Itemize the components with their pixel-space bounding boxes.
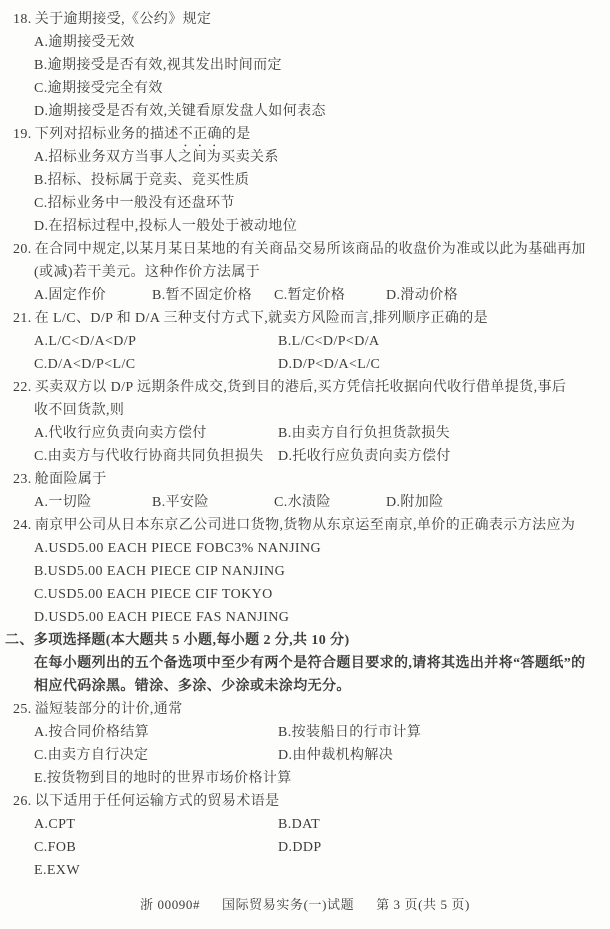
question-24-option-c: C.USD5.00 EACH PIECE CIF TOKYO <box>0 583 610 606</box>
question-18-stem: 18.关于逾期接受,《公约》规定 <box>0 8 610 31</box>
question-26-option-c: C.FOB <box>34 836 278 859</box>
question-23-option-c: C.水渍险 <box>274 491 386 514</box>
question-23-option-b: B.平安险 <box>152 491 274 514</box>
question-24-option-b: B.USD5.00 EACH PIECE CIP NANJING <box>0 560 610 583</box>
question-21-options-row1: A.L/C<D/A<D/P B.L/C<D/P<D/A <box>0 330 610 353</box>
question-21-option-d: D.D/P<D/A<L/C <box>278 353 380 376</box>
question-25-text: 溢短装部分的计价,通常 <box>35 702 183 717</box>
question-26-stem: 26.以下适用于任何运输方式的贸易术语是 <box>0 790 610 813</box>
question-22-option-b: B.由卖方自行负担货款损失 <box>278 422 450 445</box>
question-21-option-a: A.L/C<D/A<D/P <box>34 330 278 353</box>
question-21-options-row2: C.D/A<D/P<L/C D.D/P<D/A<L/C <box>0 353 610 376</box>
question-26-option-d: D.DDP <box>278 836 322 859</box>
exam-title: 国际贸易实务(一)试题 <box>222 897 354 912</box>
page-number: 第 3 页(共 5 页) <box>376 897 470 912</box>
question-25-options-row1: A.按合同价格结算 B.按装船日的行市计算 <box>0 721 610 744</box>
question-25-options-row2: C.由卖方自行决定 D.由仲裁机构解决 <box>0 744 610 767</box>
question-24-number: 24. <box>13 518 32 533</box>
question-24: 24.南京甲公司从日本东京乙公司进口货物,货物从东京运至南京,单价的正确表示方法… <box>0 514 610 629</box>
question-23-number: 23. <box>13 472 32 487</box>
exam-paper-page: 18.关于逾期接受,《公约》规定 A.逾期接受无效 B.逾期接受是否有效,视其发… <box>0 0 610 929</box>
question-26-options-row1: A.CPT B.DAT <box>0 813 610 836</box>
question-19-option-d: D.在招标过程中,投标人一般处于被动地位 <box>0 215 610 238</box>
question-20-option-a: A.固定作价 <box>34 284 152 307</box>
question-22-option-a: A.代收行应负责向卖方偿付 <box>34 422 278 445</box>
question-22-options-row1: A.代收行应负责向卖方偿付 B.由卖方自行负担货款损失 <box>0 422 610 445</box>
section-2-header: 二、多项选择题(本大题共 5 小题,每小题 2 分,共 10 分) 在每小题列出… <box>0 629 610 698</box>
question-22-option-c: C.由卖方与代收行协商共同负担损失 <box>34 445 278 468</box>
question-23-option-a: A.一切险 <box>34 491 152 514</box>
question-19-option-c: C.招标业务中一般没有还盘环节 <box>0 192 610 215</box>
question-19: 19.下列对招标业务的描述不正确的是 A.招标业务双方当事人之间为买卖关系 B.… <box>0 123 610 238</box>
question-26-options-row2: C.FOB D.DDP <box>0 836 610 859</box>
question-19-text-pre: 下列对招标业务的描述 <box>35 127 179 142</box>
question-21-option-c: C.D/A<D/P<L/C <box>34 353 278 376</box>
question-18: 18.关于逾期接受,《公约》规定 A.逾期接受无效 B.逾期接受是否有效,视其发… <box>0 8 610 123</box>
question-22-number: 22. <box>13 380 32 395</box>
question-19-text-post: 的是 <box>222 127 251 142</box>
question-24-option-a: A.USD5.00 EACH PIECE FOBC3% NANJING <box>0 537 610 560</box>
question-19-option-a: A.招标业务双方当事人之间为买卖关系 <box>0 146 610 169</box>
question-26-option-a: A.CPT <box>34 813 278 836</box>
question-21-option-b: B.L/C<D/P<D/A <box>278 330 380 353</box>
question-25-option-d: D.由仲裁机构解决 <box>278 744 393 767</box>
exam-code: 浙 00090# <box>140 897 200 912</box>
question-20-number: 20. <box>13 242 32 257</box>
question-22-options-row2: C.由卖方与代收行协商共同负担损失 D.托收行应负责向卖方偿付 <box>0 445 610 468</box>
question-24-text: 南京甲公司从日本东京乙公司进口货物,货物从东京运至南京,单价的正确表示方法应为 <box>35 518 576 533</box>
section-2-instruction-line2: 相应代码涂黑。错涂、多涂、少涂或未涂均无分。 <box>0 675 610 698</box>
question-22-text-line1: 买卖双方以 D/P 远期条件成交,货到目的港后,买方凭信托收据向代收行借单提货,… <box>35 380 567 395</box>
question-18-number: 18. <box>13 12 32 27</box>
question-21-text: 在 L/C、D/P 和 D/A 三种支付方式下,就卖方风险而言,排列顺序正确的是 <box>35 311 488 326</box>
question-25: 25.溢短装部分的计价,通常 A.按合同价格结算 B.按装船日的行市计算 C.由… <box>0 698 610 790</box>
question-23: 23.舱面险属于 A.一切险 B.平安险 C.水渍险 D.附加险 <box>0 468 610 514</box>
question-23-options: A.一切险 B.平安险 C.水渍险 D.附加险 <box>0 491 610 514</box>
question-22: 22.买卖双方以 D/P 远期条件成交,货到目的港后,买方凭信托收据向代收行借单… <box>0 376 610 468</box>
question-18-option-a: A.逾期接受无效 <box>0 31 610 54</box>
question-25-option-c: C.由卖方自行决定 <box>34 744 278 767</box>
question-25-option-e: E.按货物到目的地时的世界市场价格计算 <box>0 767 610 790</box>
question-26-number: 26. <box>13 794 32 809</box>
question-24-option-d: D.USD5.00 EACH PIECE FAS NANJING <box>0 606 610 629</box>
question-21-number: 21. <box>13 311 32 326</box>
question-20-option-b: B.暂不固定价格 <box>152 284 274 307</box>
question-22-stem-line1: 22.买卖双方以 D/P 远期条件成交,货到目的港后,买方凭信托收据向代收行借单… <box>0 376 610 399</box>
question-20-text-line1: 在合同中规定,以某月某日某地的有关商品交易所该商品的收盘价为准或以此为基础再加 <box>35 242 586 257</box>
question-20-option-d: D.滑动价格 <box>386 284 458 307</box>
question-19-option-b: B.招标、投标属于竞卖、竞买性质 <box>0 169 610 192</box>
question-24-stem: 24.南京甲公司从日本东京乙公司进口货物,货物从东京运至南京,单价的正确表示方法… <box>0 514 610 537</box>
question-20-options: A.固定作价 B.暂不固定价格 C.暂定价格 D.滑动价格 <box>0 284 610 307</box>
question-18-option-c: C.逾期接受完全有效 <box>0 77 610 100</box>
page-footer: 浙 00090# 国际贸易实务(一)试题 第 3 页(共 5 页) <box>0 894 610 913</box>
question-23-option-d: D.附加险 <box>386 491 444 514</box>
question-23-text: 舱面险属于 <box>35 472 107 487</box>
question-26-option-e: E.EXW <box>0 859 610 882</box>
question-19-text-emphasized: 不正确 <box>179 127 222 142</box>
question-20-option-c: C.暂定价格 <box>274 284 386 307</box>
question-25-number: 25. <box>13 702 32 717</box>
question-19-number: 19. <box>13 127 32 142</box>
question-18-option-d: D.逾期接受是否有效,关键看原发盘人如何表态 <box>0 100 610 123</box>
question-26-text: 以下适用于任何运输方式的贸易术语是 <box>35 794 280 809</box>
question-21: 21.在 L/C、D/P 和 D/A 三种支付方式下,就卖方风险而言,排列顺序正… <box>0 307 610 376</box>
question-18-option-b: B.逾期接受是否有效,视其发出时间而定 <box>0 54 610 77</box>
question-26: 26.以下适用于任何运输方式的贸易术语是 A.CPT B.DAT C.FOB D… <box>0 790 610 882</box>
question-21-stem: 21.在 L/C、D/P 和 D/A 三种支付方式下,就卖方风险而言,排列顺序正… <box>0 307 610 330</box>
question-22-stem-line2: 收不回货款,则 <box>0 399 610 422</box>
question-20-stem-line1: 20.在合同中规定,以某月某日某地的有关商品交易所该商品的收盘价为准或以此为基础… <box>0 238 610 261</box>
question-18-text: 关于逾期接受,《公约》规定 <box>35 12 212 27</box>
question-25-stem: 25.溢短装部分的计价,通常 <box>0 698 610 721</box>
question-20-stem-line2: (或减)若干美元。这种作价方法属于 <box>0 261 610 284</box>
section-2-instruction-line1: 在每小题列出的五个备选项中至少有两个是符合题目要求的,请将其选出并将“答题纸”的 <box>0 652 610 675</box>
section-2-heading: 二、多项选择题(本大题共 5 小题,每小题 2 分,共 10 分) <box>0 629 610 652</box>
question-19-stem: 19.下列对招标业务的描述不正确的是 <box>0 123 610 146</box>
question-25-option-a: A.按合同价格结算 <box>34 721 278 744</box>
question-25-option-b: B.按装船日的行市计算 <box>278 721 421 744</box>
question-20: 20.在合同中规定,以某月某日某地的有关商品交易所该商品的收盘价为准或以此为基础… <box>0 238 610 307</box>
question-26-option-b: B.DAT <box>278 813 320 836</box>
question-23-stem: 23.舱面险属于 <box>0 468 610 491</box>
question-22-option-d: D.托收行应负责向卖方偿付 <box>278 445 451 468</box>
